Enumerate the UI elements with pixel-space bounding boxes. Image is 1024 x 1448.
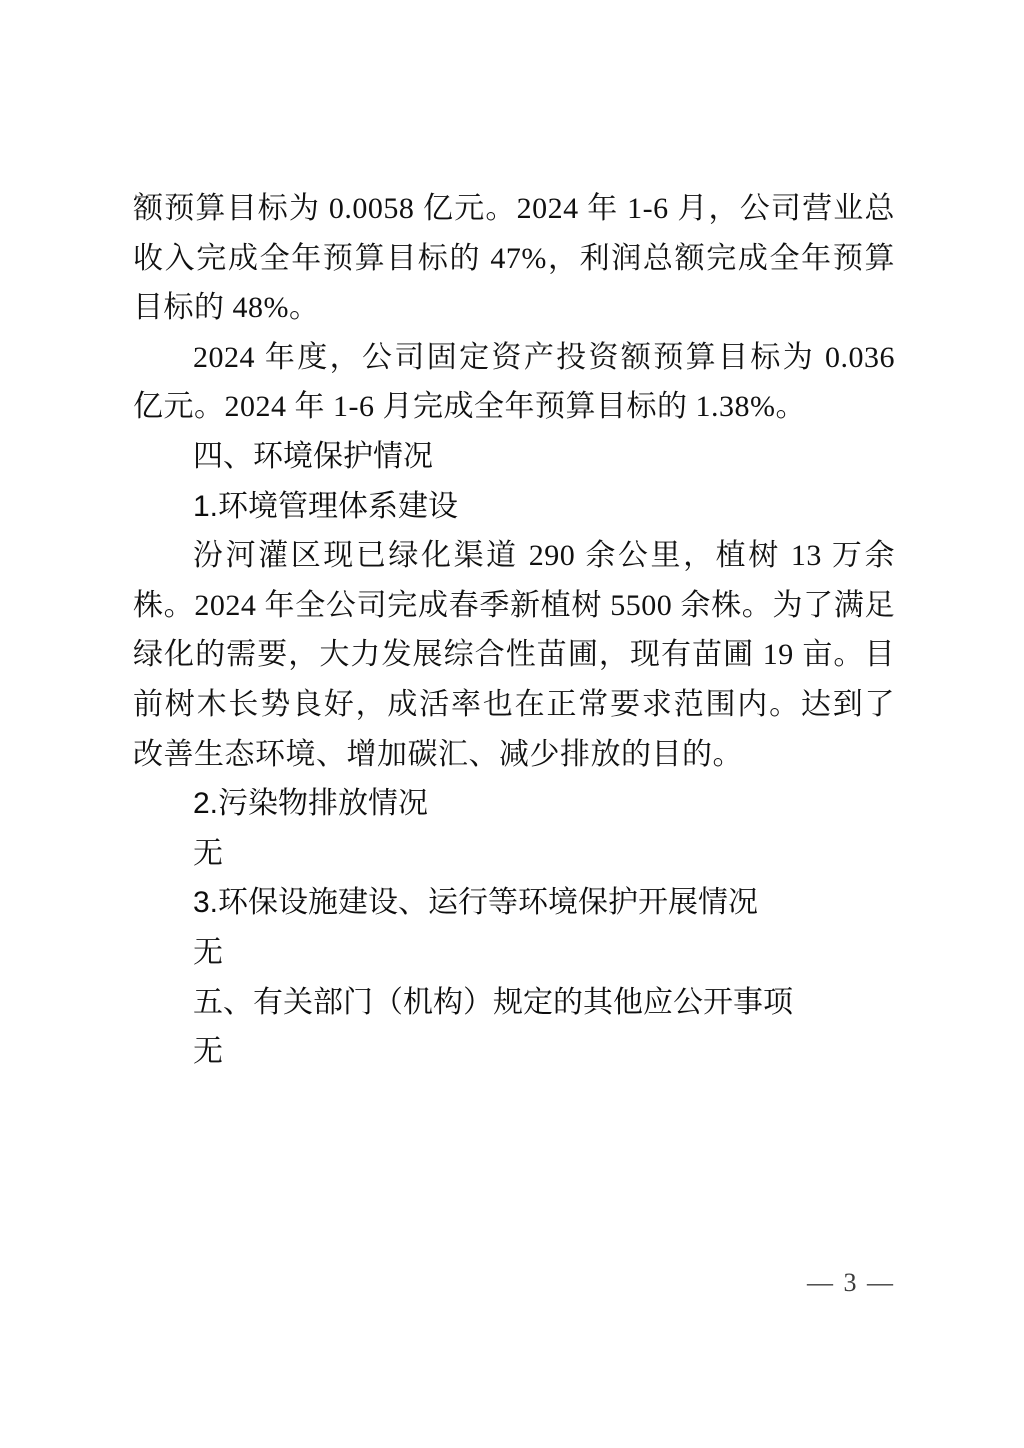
paragraph-greening-afforestation: 汾河灌区现已绿化渠道 290 余公里，植树 13 万余株。2024 年全公司完成… bbox=[133, 531, 895, 779]
paragraph-budget-revenue: 额预算目标为 0.0058 亿元。2024 年 1-6 月，公司营业总收入完成全… bbox=[133, 184, 895, 333]
page-number: — 3 — bbox=[807, 1268, 895, 1297]
heading-sub-3-environmental-facilities: 3.环保设施建设、运行等环境保护开展情况 bbox=[133, 878, 895, 928]
heading-section-5-other-disclosure-items: 五、有关部门（机构）规定的其他应公开事项 bbox=[133, 978, 895, 1028]
page-footer: — 3 — bbox=[807, 1266, 895, 1300]
document-page: 额预算目标为 0.0058 亿元。2024 年 1-6 月，公司营业总收入完成全… bbox=[0, 0, 1024, 1448]
heading-section-4-environment-protection: 四、环境保护情况 bbox=[133, 432, 895, 482]
paragraph-none-1: 无 bbox=[133, 829, 895, 879]
heading-sub-2-pollutant-discharge: 2.污染物排放情况 bbox=[133, 779, 895, 829]
document-body: 额预算目标为 0.0058 亿元。2024 年 1-6 月，公司营业总收入完成全… bbox=[133, 184, 895, 1077]
heading-sub-1-environment-management-system: 1.环境管理体系建设 bbox=[133, 482, 895, 532]
paragraph-none-2: 无 bbox=[133, 928, 895, 978]
paragraph-fixed-asset-investment: 2024 年度，公司固定资产投资额预算目标为 0.036 亿元。2024 年 1… bbox=[133, 333, 895, 432]
paragraph-none-3: 无 bbox=[133, 1027, 895, 1077]
